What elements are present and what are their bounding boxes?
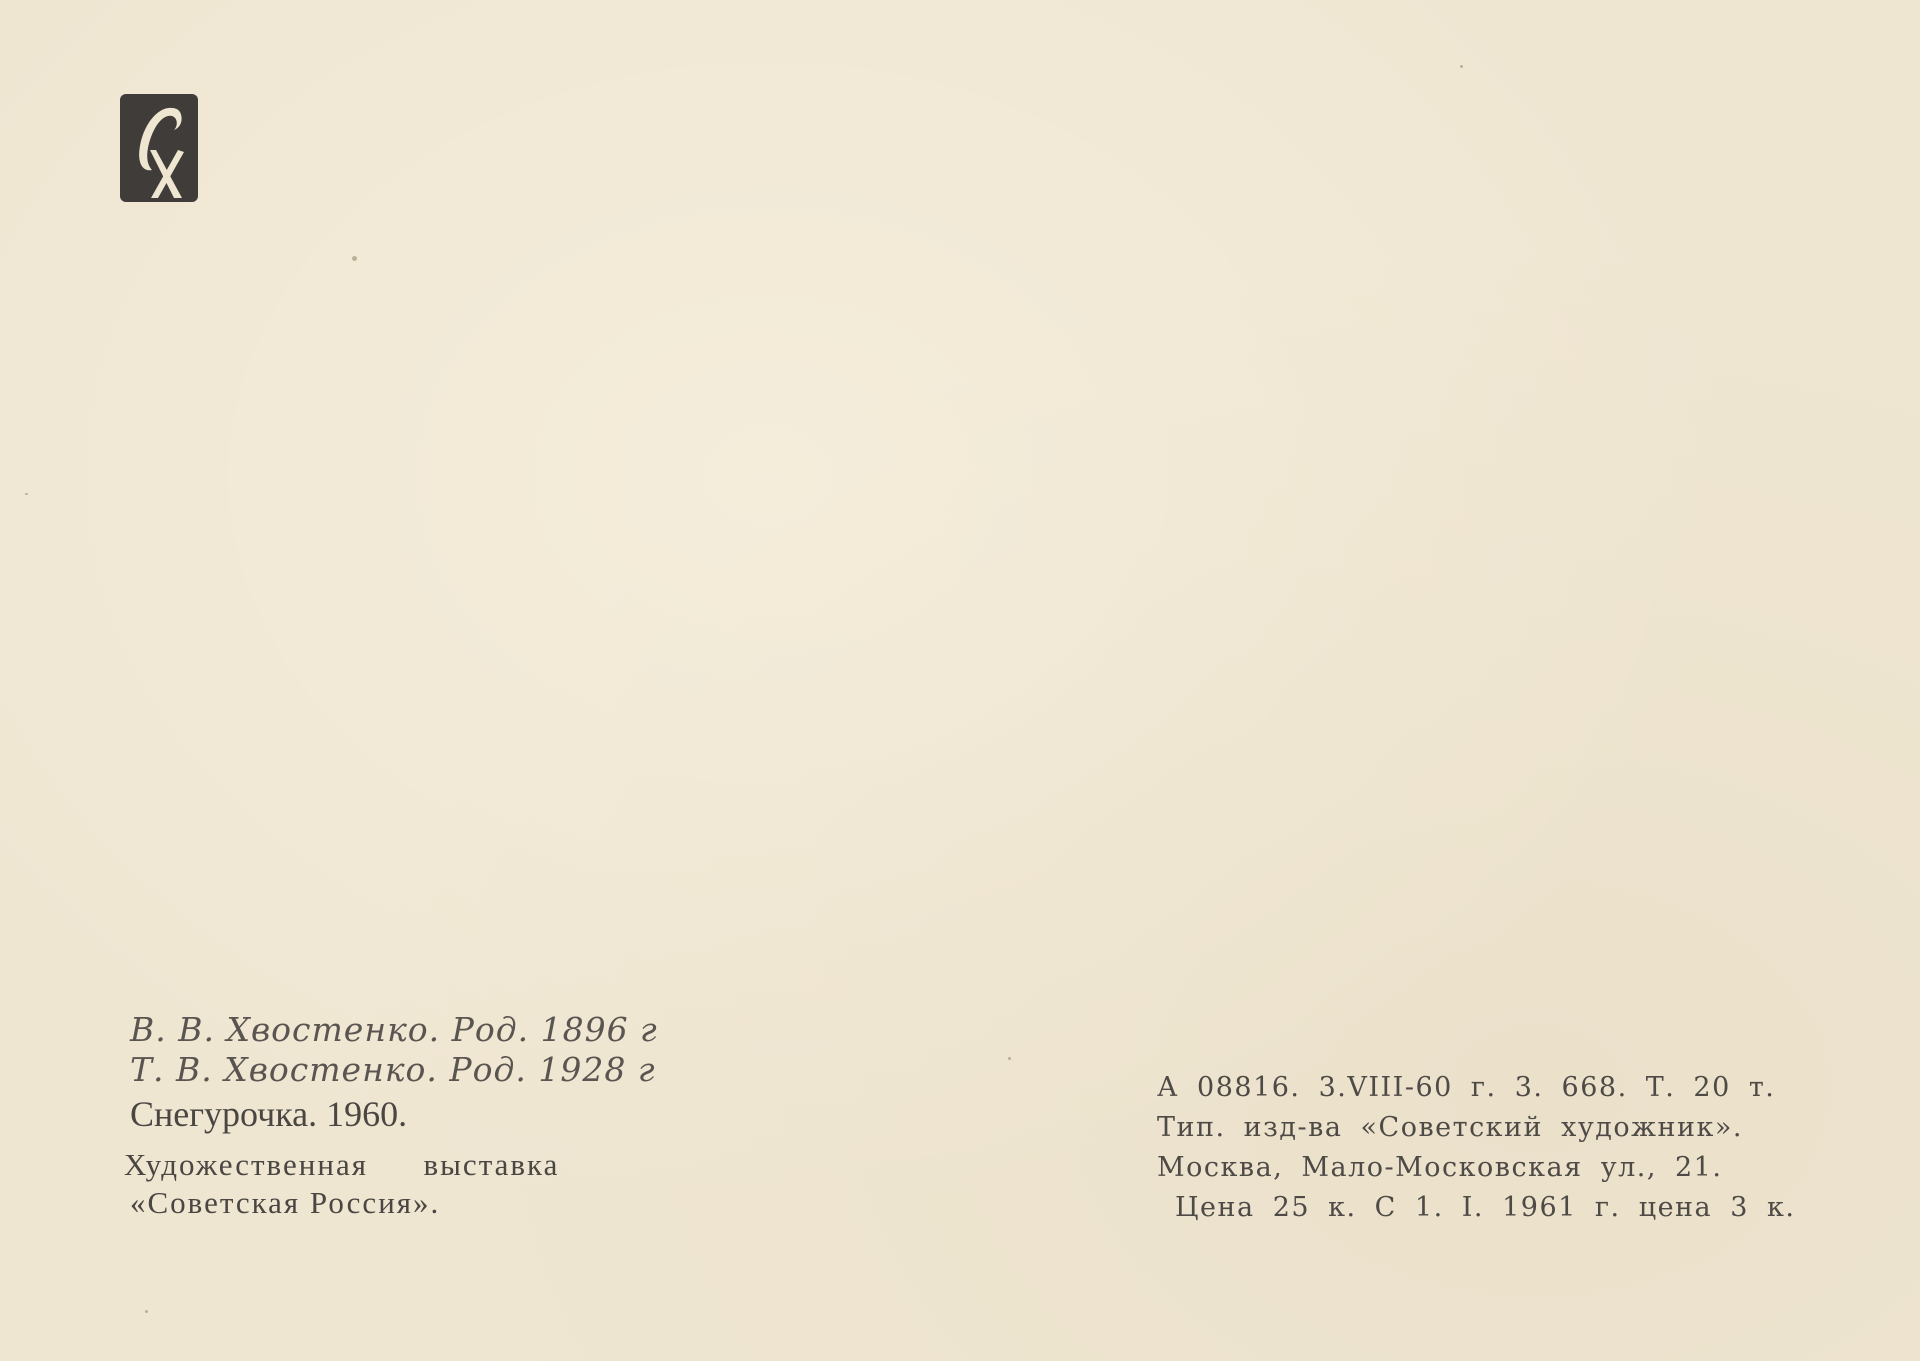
imprint-printer-line: Тип. изд-ва «Советский художник».	[1157, 1108, 1795, 1148]
artist-credit-1: В. В. Хвостенко. Род. 1896 г	[130, 1010, 658, 1050]
artist-credit-2: Т. В. Хвостенко. Род. 1928 г	[130, 1050, 658, 1090]
imprint-order-line: А 08816. 3.VIII-60 г. 3. 668. Т. 20 т.	[1157, 1068, 1795, 1108]
publisher-monogram-icon	[120, 94, 198, 202]
printer-imprint: А 08816. 3.VIII-60 г. 3. 668. Т. 20 т. Т…	[1157, 1068, 1795, 1228]
imprint-price-line: Цена 25 к. С 1. I. 1961 г. цена 3 к.	[1175, 1188, 1795, 1228]
paper-speck	[352, 256, 357, 261]
artwork-title: Снегурочка. 1960.	[130, 1092, 658, 1136]
paper-speck	[25, 493, 28, 495]
exhibition-name-line-2: «Советская Россия».	[130, 1184, 658, 1222]
paper-speck	[1460, 65, 1463, 68]
artwork-credits: В. В. Хвостенко. Род. 1896 г Т. В. Хвост…	[130, 1010, 658, 1222]
imprint-address-line: Москва, Мало-Московская ул., 21.	[1157, 1148, 1795, 1188]
exhibition-name-line-1: Художественная выставка	[124, 1146, 658, 1184]
monogram-glyph	[120, 94, 198, 202]
paper-speck	[145, 1310, 148, 1313]
paper-speck	[1008, 1057, 1011, 1060]
